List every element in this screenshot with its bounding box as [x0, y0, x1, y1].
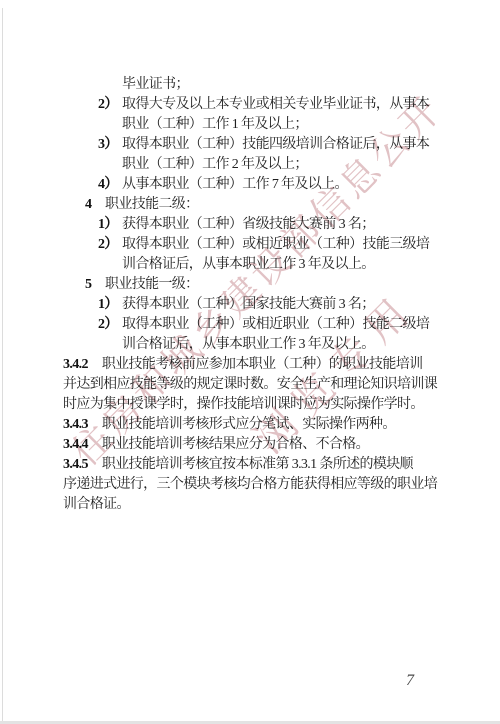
text-line: 1）获得本职业（工种）省级技能大赛前 3 名； [63, 215, 443, 235]
line-text: 职业技能一级： [105, 277, 199, 292]
clause-number: 5 [85, 275, 105, 295]
line-text: 序递进式进行，三个模块考核均合格方能获得相应等级的职业培 [63, 477, 437, 492]
text-line: 2）取得大专及以上本专业或相关专业毕业证书，从事本 [63, 95, 443, 115]
line-text: 职业技能考核前应参加本职业（工种）的职业技能培训 [102, 357, 423, 372]
clause-number: 1） [98, 215, 122, 235]
clause-number: 4） [98, 175, 122, 195]
text-line: 训合格证。 [63, 495, 443, 515]
line-text: 训合格证后，从事本职业工作 3 年及以上。 [122, 257, 375, 272]
line-text: 从事本职业（工种）工作 7 年及以上。 [122, 177, 348, 192]
line-text: 取得本职业（工种）或相近职业（工种）技能三级培 [122, 237, 429, 252]
text-line: 4）从事本职业（工种）工作 7 年及以上。 [63, 175, 443, 195]
clause-number: 1） [98, 295, 122, 315]
text-line: 2）取得本职业（工种）或相近职业（工种）技能二级培 [63, 315, 443, 335]
text-line: 1）获得本职业（工种）国家技能大赛前 3 名； [63, 295, 443, 315]
clause-number: 4 [85, 195, 105, 215]
text-line: 3）取得本职业（工种）技能四级培训合格证后，从事本 [63, 135, 443, 155]
line-text: 职业（工种）工作 1 年及以上； [122, 117, 308, 132]
line-text: 训合格证。 [63, 497, 130, 512]
clause-number: 3） [98, 135, 122, 155]
line-text: 时应为集中授课学时，操作技能培训课时应为实际操作学时。 [63, 397, 424, 412]
clause-number: 3.4.3 [63, 415, 88, 435]
text-line: 3.4.4职业技能培训考核结果应分为合格、不合格。 [63, 435, 443, 455]
text-line: 序递进式进行，三个模块考核均合格方能获得相应等级的职业培 [63, 475, 443, 495]
text-line: 3.4.2职业技能考核前应参加本职业（工种）的职业技能培训 [63, 355, 443, 375]
text-line: 毕业证书； [63, 75, 443, 95]
line-text: 训合格证后，从事本职业工作 3 年及以上。 [122, 337, 375, 352]
line-text: 毕业证书； [122, 77, 189, 92]
text-line: 3.4.3职业技能培训考核形式应分笔试、实际操作两种。 [63, 415, 443, 435]
line-text: 职业技能培训考核形式应分笔试、实际操作两种。 [102, 417, 396, 432]
text-line: 职业（工种）工作 1 年及以上； [63, 115, 443, 135]
line-text: 获得本职业（工种）省级技能大赛前 3 名； [122, 217, 375, 232]
line-text: 获得本职业（工种）国家技能大赛前 3 名； [122, 297, 375, 312]
page-left-edge-line [2, 8, 3, 724]
line-text: 取得本职业（工种）技能四级培训合格证后，从事本 [122, 137, 429, 152]
text-line: 3.4.5职业技能培训考核宜按本标准第 3.3.1 条所述的模块顺 [63, 455, 443, 475]
text-line: 训合格证后，从事本职业工作 3 年及以上。 [63, 335, 443, 355]
text-line: 2）取得本职业（工种）或相近职业（工种）技能三级培 [63, 235, 443, 255]
line-text: 职业（工种）工作 2 年及以上； [122, 157, 308, 172]
document-body: 毕业证书；2）取得大专及以上本专业或相关专业毕业证书，从事本职业（工种）工作 1… [63, 75, 443, 515]
text-line: 职业（工种）工作 2 年及以上； [63, 155, 443, 175]
clause-number: 3.4.5 [63, 455, 88, 475]
text-line: 4职业技能二级： [63, 195, 443, 215]
line-text: 职业技能培训考核结果应分为合格、不合格。 [102, 437, 369, 452]
page-number: 7 [406, 672, 414, 690]
line-text: 并达到相应技能等级的规定课时数。安全生产和理论知识培训课 [63, 377, 437, 392]
document-page: 住房和城乡建设部信息公开 浏览专用 毕业证书；2）取得大专及以上本专业或相关专业… [0, 0, 500, 724]
text-line: 训合格证后，从事本职业工作 3 年及以上。 [63, 255, 443, 275]
text-line: 并达到相应技能等级的规定课时数。安全生产和理论知识培训课 [63, 375, 443, 395]
clause-number: 3.4.2 [63, 355, 88, 375]
line-text: 职业技能二级： [105, 197, 199, 212]
clause-number: 2） [98, 95, 122, 115]
line-text: 取得本职业（工种）或相近职业（工种）技能二级培 [122, 317, 429, 332]
clause-number: 3.4.4 [63, 435, 88, 455]
clause-number: 2） [98, 315, 122, 335]
text-line: 5职业技能一级： [63, 275, 443, 295]
line-text: 职业技能培训考核宜按本标准第 3.3.1 条所述的模块顺 [102, 457, 413, 472]
clause-number: 2） [98, 235, 122, 255]
text-line: 时应为集中授课学时，操作技能培训课时应为实际操作学时。 [63, 395, 443, 415]
line-text: 取得大专及以上本专业或相关专业毕业证书，从事本 [122, 97, 429, 112]
